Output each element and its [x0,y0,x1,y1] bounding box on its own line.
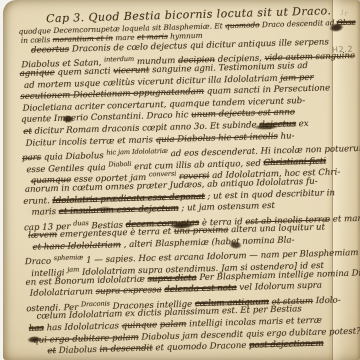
handwritten-text: has Idololatricas [44,321,122,333]
inserted-text: conversi [149,170,177,179]
manuscript-page: Cap 3. Quod Bestia bicornis locuta sit u… [3,0,360,360]
struck-text: agnique [20,68,55,79]
handwritten-text: in cœlis [21,35,53,45]
handwritten-text: Draco descendit ad [260,18,337,29]
folio-number: 1r [339,8,348,17]
struck-text: palam [160,319,187,330]
struck-text: quinque [122,320,158,331]
scribbled-out-text: delenda est nota [164,283,237,295]
struck-text: et [47,346,56,356]
handwritten-text: vel Idolorum supra [236,281,322,293]
inserted-text: Diaboli [108,160,131,169]
struck-text: et hanc Idololatriam [32,240,121,252]
handwritten-text: erunt. [23,196,52,207]
inserted-text: sphemiæ [54,254,84,263]
struck-text: et maris [137,32,168,42]
handwritten-text: mare [113,33,137,43]
inserted-text: hic jam Idololatriæ [106,147,168,157]
handwritten-text: altera una loquitur ut [228,223,325,236]
handwritten-text: quam sancti in Persecutione [204,83,330,97]
struck-text: quomodo [225,20,260,30]
struck-text: vicerunt [113,65,149,76]
struck-text: unum dejectus est anno [191,108,295,121]
handwritten-text: maris [31,207,59,218]
shelfmark-annotation: H2.2 [332,44,354,54]
inserted-text: interdum [104,55,134,64]
struck-text: in descendit [99,344,152,355]
scribbled-out-text: has [29,323,44,333]
struck-text: et [23,127,32,137]
scribbled-out-text: supra dicta [147,273,196,284]
handwritten-text: quem sancti [55,66,114,78]
handwritten-text: et mari [330,213,360,224]
handwritten-text: hymnum [168,31,203,41]
manuscript-text: Cap 3. Quod Bestia bicornis locuta sit u… [18,3,348,359]
handwritten-text: hu- [278,131,295,141]
inserted-text: jam [67,265,79,273]
struck-text: jam per [280,72,314,83]
struck-text: lævem [28,230,57,241]
inserted-text: Draconis [81,299,110,308]
ink-blot [98,206,112,212]
struck-text: decortus [31,44,69,55]
handwritten-text: et quomodo Dracone [153,341,250,354]
manuscript-photo: Cap 3. Quod Bestia bicornis locuta sit u… [0,0,360,360]
scribbled-out-text: post dejectionem [249,339,324,351]
scribbled-out-text: et insularum esse dejectum [59,204,179,217]
struck-text: morantium et in [52,33,113,44]
handwritten-text: ; ut jam ostensum est [179,201,275,214]
struck-text: supra expressa [96,285,162,297]
inserted-text: duas [73,219,89,227]
handwritten-text: ex [296,119,309,129]
handwritten-text: Idolo- [313,295,341,306]
handwritten-text: Idololatriarum [30,287,96,299]
handwritten-text: Diabolus [56,345,100,356]
